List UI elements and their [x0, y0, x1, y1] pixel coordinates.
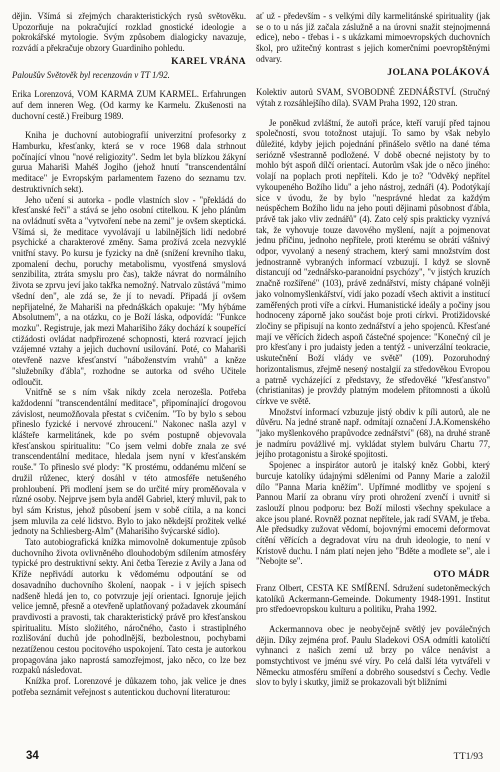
- page-number: 34: [26, 750, 39, 762]
- review-paragraph: Spojenec a inspirátor autorů je italský …: [256, 460, 490, 567]
- book-citation: Franz Olbert, CESTA KE SMÍŘENÍ. Sdružení…: [256, 583, 490, 615]
- review-paragraph-continuation: dějin. Všímá si zřejmých charakteristick…: [12, 11, 246, 54]
- journal-issue-label: TT1/93: [454, 751, 483, 762]
- right-column: ať už - především - s velkými díly karme…: [256, 11, 490, 698]
- review-paragraph: Množství informací vzbuzuje jistý obdiv …: [256, 407, 490, 461]
- editorial-note: Paloušův Světověk byl recenzován v TT 1/…: [12, 70, 246, 81]
- two-column-layout: dějin. Všímá si zřejmých charakteristick…: [12, 11, 490, 698]
- book-citation: Kolektiv autorů SVAM, SVOBODNÉ ZEDNÁŘSTV…: [256, 87, 490, 108]
- scanned-journal-page: dějin. Všímá si zřejmých charakteristick…: [0, 0, 500, 772]
- review-paragraph: Tato autobiografická knížka mimovolně do…: [12, 537, 246, 676]
- page-footer: 34 TT1/93: [0, 750, 500, 762]
- review-author-signature: KAREL VRÁNA: [12, 57, 246, 68]
- review-paragraph: Vnitřně se s ním však nikdy zcela neroze…: [12, 387, 246, 537]
- review-paragraph: Je poněkud zvláštní, že autoři práce, kt…: [256, 118, 490, 407]
- left-column: dějin. Všímá si zřejmých charakteristick…: [12, 11, 246, 698]
- review-paragraph: Ackermannova obec je neobyčejně světlý j…: [256, 624, 490, 688]
- review-paragraph: Knížka prof. Lorenzové je důkazem toho, …: [12, 676, 246, 697]
- review-author-signature: JOLANA POLÁKOVÁ: [256, 68, 490, 79]
- review-paragraph: Kniha je duchovní autobiografií univerzi…: [12, 130, 246, 194]
- review-paragraph: Jeho učení si autorka - podle vlastních …: [12, 195, 246, 388]
- review-paragraph-continuation: ať už - především - s velkými díly karme…: [256, 11, 490, 65]
- book-citation: Erika Lorenzová, VOM KARMA ZUM KARMEL. E…: [12, 89, 246, 121]
- review-author-signature: OTO MÁDR: [256, 570, 490, 581]
